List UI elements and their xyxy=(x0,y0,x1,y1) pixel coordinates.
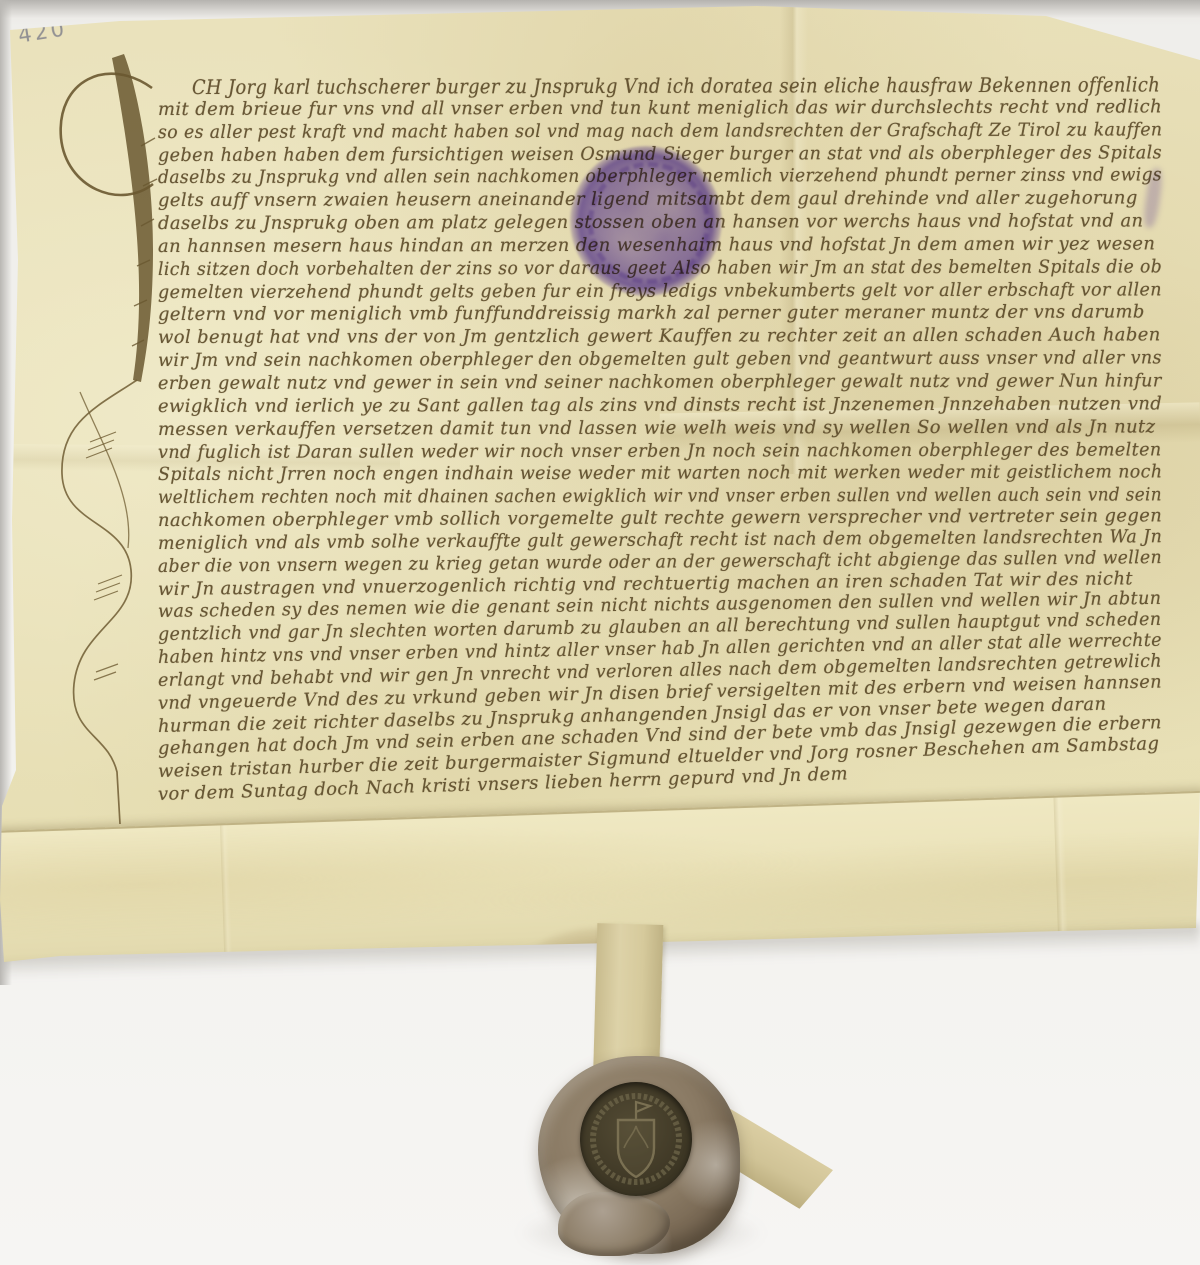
charter-text-line: mit dem brieue fur vns vnd all vnser erb… xyxy=(158,96,1162,121)
charter-text-line: CH Jorg karl tuchscherer burger zu Jnspr… xyxy=(192,74,1062,99)
charter-text-line: ewigklich vnd ierlich ye zu Sant gallen … xyxy=(158,393,1160,418)
scan-background: 420 CH Jorg karl tuchscherer burger zu J… xyxy=(0,0,1200,1265)
plica-crease xyxy=(1053,797,1068,937)
archive-stamp xyxy=(570,146,722,296)
charter-text-line: messen verkauffen versetzen damit tun vn… xyxy=(158,416,1162,441)
charter-text-line: wol benugt hat vnd vns der von Jm gentzl… xyxy=(158,325,1162,350)
charter-text-line: Spitals nicht Jrren noch engen indhain w… xyxy=(158,462,1133,487)
charter-text-line: wir Jm vnd sein nachkomen oberphleger de… xyxy=(158,348,1139,373)
charter-text-line: geltern vnd vor meniglich vmb funffunddr… xyxy=(158,302,1162,327)
seal-matrix xyxy=(580,1082,692,1196)
plica-crease xyxy=(220,825,233,965)
parchment-charter: 420 CH Jorg karl tuchscherer burger zu J… xyxy=(0,0,1200,975)
seal-shield-icon xyxy=(580,1082,692,1196)
charter-text-line: erben gewalt nutz vnd gewer in sein vnd … xyxy=(158,370,1146,395)
charter-text-line: so es aller pest kraft vnd macht haben s… xyxy=(158,119,1127,144)
charter-text-line: vnd fuglich ist Daran sullen weder wir n… xyxy=(158,439,1141,464)
